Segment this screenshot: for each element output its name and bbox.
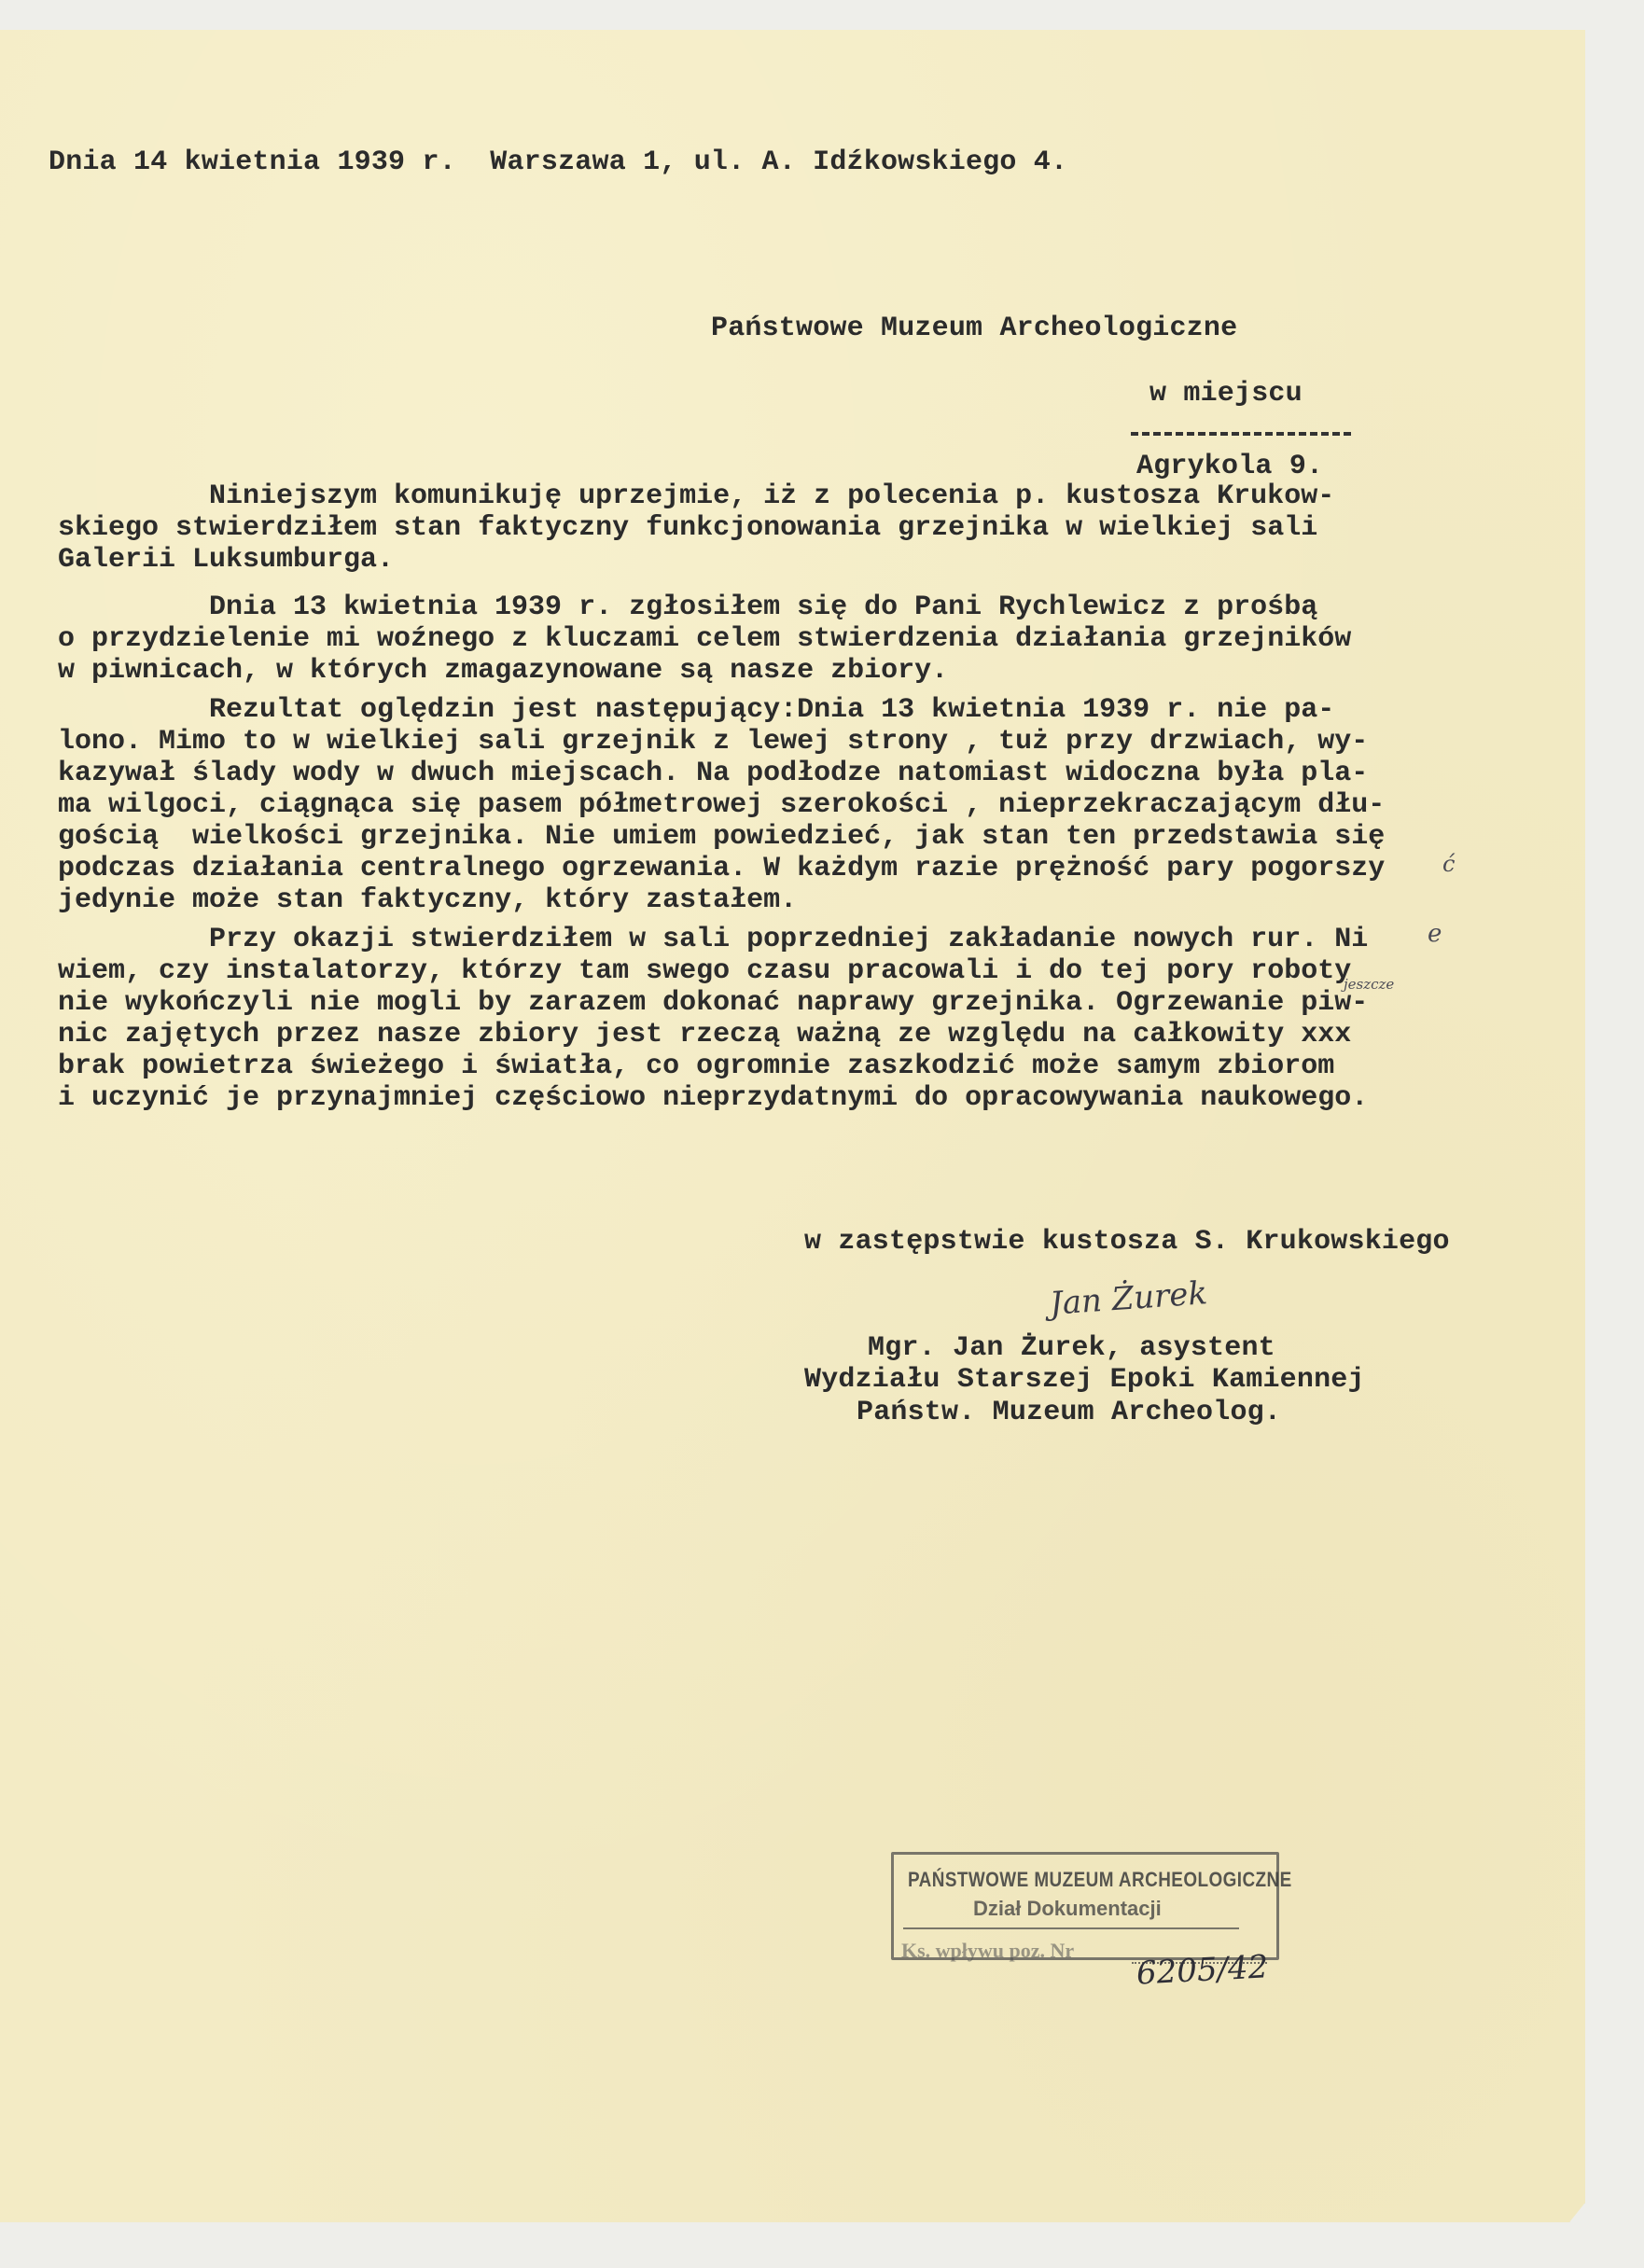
body-line: skiego stwierdziłem stan faktyczny funkc… xyxy=(58,512,1317,544)
recipient-address: Agrykola 9. xyxy=(1136,451,1323,482)
handwritten-correction: e xyxy=(1428,920,1442,948)
body-line: Rezultat oględzin jest następujący:Dnia … xyxy=(209,694,1334,726)
body-line: ma wilgoci, ciągnąca się pasem półmetrow… xyxy=(58,789,1385,821)
body-line: gością wielkości grzejnika. Nie umiem po… xyxy=(58,821,1385,853)
stamp-title: PAŃSTWOWE MUZEUM ARCHEOLOGICZNE xyxy=(908,1868,1292,1892)
body-line: Przy okazji stwierdziłem w sali poprzedn… xyxy=(209,924,1368,955)
recipient-name: Państwowe Muzeum Archeologiczne xyxy=(711,313,1237,344)
substitute-line: w zastępstwie kustosza S. Krukowskiego xyxy=(804,1226,1450,1258)
stamp-divider xyxy=(903,1927,1239,1929)
body-line: brak powietrza świeżego i światła, co og… xyxy=(58,1051,1334,1082)
signatory-institution: Państw. Muzeum Archeolog. xyxy=(857,1397,1281,1428)
body-line: w piwnicach, w których zmagazynowane są … xyxy=(58,655,948,687)
signatory-name: Mgr. Jan Żurek, asystent xyxy=(868,1332,1275,1364)
recipient-separator xyxy=(1131,432,1351,436)
signatory-department: Wydziału Starszej Epoki Kamiennej xyxy=(804,1364,1365,1396)
stamp-subtitle: Dział Dokumentacji xyxy=(973,1897,1162,1921)
handwritten-correction: ć xyxy=(1442,851,1455,877)
body-line: Dnia 13 kwietnia 1939 r. zgłosiłem się d… xyxy=(209,591,1317,623)
body-line: Galerii Luksumburga. xyxy=(58,544,394,576)
body-line: podczas działania centralnego ogrzewania… xyxy=(58,853,1385,884)
stamp-entry-label: Ks. wpływu poz. Nr xyxy=(901,1939,1074,1963)
recipient-place: w miejscu xyxy=(1149,378,1303,410)
body-line: wiem, czy instalatorzy, którzy tam swego… xyxy=(58,955,1351,987)
body-line: i uczynić je przynajmniej częściowo niep… xyxy=(58,1082,1368,1114)
handwritten-insertion: jeszcze xyxy=(1344,976,1394,993)
body-line: lono. Mimo to w wielkiej sali grzejnik z… xyxy=(58,726,1368,758)
date-address-line: Dnia 14 kwietnia 1939 r. Warszawa 1, ul.… xyxy=(49,146,1067,178)
body-line: kazywał ślady wody w dwuch miejscach. Na… xyxy=(58,758,1368,789)
museum-stamp: PAŃSTWOWE MUZEUM ARCHEOLOGICZNE Dział Do… xyxy=(891,1852,1279,1960)
stamp-entry-number: 6205/42 xyxy=(1135,1948,1269,1992)
body-line: Niniejszym komunikuję uprzejmie, iż z po… xyxy=(209,480,1334,512)
body-line: jedynie może stan faktyczny, który zasta… xyxy=(58,884,797,916)
body-line: nie wykończyli nie mogli by zarazem doko… xyxy=(58,987,1368,1019)
letter-paper xyxy=(0,30,1585,2222)
body-line: o przydzielenie mi woźnego z kluczami ce… xyxy=(58,623,1351,655)
body-line: nic zajętych przez nasze zbiory jest rze… xyxy=(58,1019,1351,1051)
